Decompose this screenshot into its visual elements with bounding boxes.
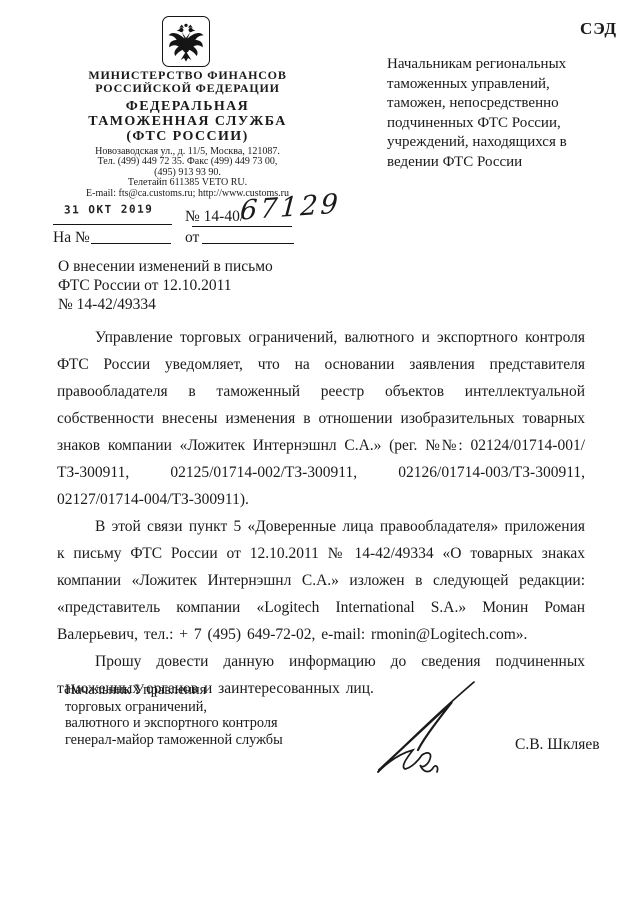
subject-line: № 14-42/49334 [58,295,318,314]
subject-line: ФТС России от 12.10.2011 [58,276,318,295]
date-underline [53,224,172,225]
date-stamp: 31 ОКТ 2019 [64,203,153,217]
subject-line: О внесении изменений в письмо [58,257,318,276]
incoming-number-label: На № [53,229,90,247]
signer-name: С.В. Шкляев [515,736,600,754]
recipient-line: таможенных управлений, [387,75,602,95]
ministry-line: МИНИСТЕРСТВО ФИНАНСОВ [40,69,335,82]
scanned-letter-page: СЭД МИНИСТЕРСТВО ФИНАНСОВ РОССИЙСКОЙ ФЕД… [0,0,640,905]
outgoing-number-prefix: № 14-40/ [185,208,244,226]
body-paragraph: В этой связи пункт 5 «Доверенные лица пр… [57,513,585,648]
subject-block: О внесении изменений в письмо ФТС России… [58,257,318,314]
recipient-block: Начальникам региональных таможенных упра… [387,55,602,173]
signoff-line: валютного и экспортного контроля [65,715,325,732]
recipient-line: таможен, непосредственно [387,94,602,114]
double-headed-eagle-icon [166,20,206,64]
body-paragraph: Управление торговых ограничений, валютно… [57,324,585,513]
service-line: ФЕДЕРАЛЬНАЯ [40,99,335,114]
handwritten-signature-icon [368,674,480,780]
incoming-number-underline [91,243,171,244]
sed-label: СЭД [580,19,617,39]
signoff-line: Начальник Управления [65,682,325,699]
letter-body: Управление торговых ограничений, валютно… [57,324,585,702]
incoming-from-label: от [185,229,199,247]
incoming-date-underline [202,243,294,244]
recipient-line: Начальникам региональных [387,55,602,75]
coat-of-arms-emblem [162,16,210,67]
service-name: ФЕДЕРАЛЬНАЯ ТАМОЖЕННАЯ СЛУЖБА (ФТС РОССИ… [40,99,335,144]
ministry-line: РОССИЙСКОЙ ФЕДЕРАЦИИ [40,82,335,95]
recipient-line: ведении ФТС России [387,153,602,173]
outgoing-number-handwritten: 67129 [239,188,342,226]
signoff-position-block: Начальник Управления торговых ограничени… [65,682,325,748]
ministry-name: МИНИСТЕРСТВО ФИНАНСОВ РОССИЙСКОЙ ФЕДЕРАЦ… [40,69,335,94]
service-line: (ФТС РОССИИ) [40,129,335,144]
signoff-line: торговых ограничений, [65,699,325,716]
recipient-line: подчиненных ФТС России, [387,114,602,134]
recipient-line: учреждений, находящихся в [387,133,602,153]
signoff-line: генерал-майор таможенной службы [65,732,325,749]
service-line: ТАМОЖЕННАЯ СЛУЖБА [40,114,335,129]
